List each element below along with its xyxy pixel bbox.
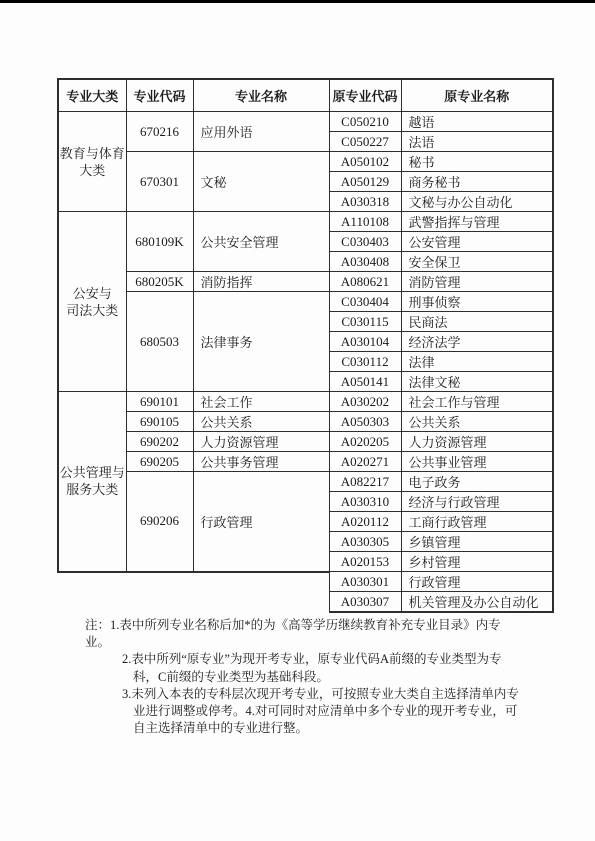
category-cell: 公共管理与 服务大类: [58, 392, 126, 572]
table-row: A030301行政管理: [58, 572, 553, 592]
table-row: 公安与 司法大类680109K公共安全管理A110108武警指挥与管理: [58, 212, 553, 232]
column-header-4: 原专业名称: [401, 79, 553, 112]
major-name-cell: 行政管理: [193, 472, 329, 572]
major-name-cell: 人力资源管理: [193, 432, 329, 452]
original-code-cell: A020205: [329, 432, 401, 452]
original-code-cell: C050210: [329, 112, 401, 132]
notes: 注：1.表中所列专业名称后加*的为《高等学历继续教育补充专业目录》内专业。2.表…: [85, 617, 530, 737]
major-code-cell: 690205: [126, 452, 193, 472]
table-row: 670301文秘A050102秘书: [58, 152, 553, 172]
original-name-cell: 乡镇管理: [401, 532, 553, 552]
note-line: 2.表中所列“原专业”为现开考专业，原专业代码A前缀的专业类型为专: [122, 651, 530, 668]
column-header-2: 专业名称: [193, 79, 329, 112]
original-code-cell: A050303: [329, 412, 401, 432]
major-name-cell: 公共事务管理: [193, 452, 329, 472]
original-code-cell: A050102: [329, 152, 401, 172]
original-code-cell: A082217: [329, 472, 401, 492]
major-name-cell: 应用外语: [193, 112, 329, 152]
original-name-cell: 电子政务: [401, 472, 553, 492]
table-row: 680503法律事务C030404刑事侦察: [58, 292, 553, 312]
original-name-cell: 机关管理及办公自动化: [401, 592, 553, 613]
major-code-cell: 680109K: [126, 212, 193, 272]
major-name-cell: 公共关系: [193, 412, 329, 432]
original-name-cell: 消防管理: [401, 272, 553, 292]
original-code-cell: C030115: [329, 312, 401, 332]
ghost-cell: [58, 572, 329, 613]
original-code-cell: C030403: [329, 232, 401, 252]
note-line: 自主选择清单中的专业进行整。: [133, 720, 530, 737]
table-row: 专业大类专业代码专业名称原专业代码原专业名称: [58, 79, 553, 112]
original-name-cell: 法律文秘: [401, 372, 553, 392]
original-code-cell: A080621: [329, 272, 401, 292]
major-code-cell: 690105: [126, 412, 193, 432]
original-name-cell: 行政管理: [401, 572, 553, 592]
major-name-cell: 公共安全管理: [193, 212, 329, 272]
note-line: 业。: [85, 634, 530, 651]
original-code-cell: A030104: [329, 332, 401, 352]
original-name-cell: 经济与行政管理: [401, 492, 553, 512]
note-line: 注：1.表中所列专业名称后加*的为《高等学历继续教育补充专业目录》内专: [85, 617, 530, 634]
original-name-cell: 武警指挥与管理: [401, 212, 553, 232]
original-name-cell: 民商法: [401, 312, 553, 332]
original-name-cell: 法语: [401, 132, 553, 152]
original-code-cell: A030305: [329, 532, 401, 552]
original-name-cell: 文秘与办公自动化: [401, 192, 553, 212]
major-name-cell: 消防指挥: [193, 272, 329, 292]
major-name-cell: 法律事务: [193, 292, 329, 392]
major-code-cell: 680205K: [126, 272, 193, 292]
major-name-cell: 文秘: [193, 152, 329, 212]
original-name-cell: 法律: [401, 352, 553, 372]
original-name-cell: 人力资源管理: [401, 432, 553, 452]
column-header-0: 专业大类: [58, 79, 126, 112]
original-name-cell: 刑事侦察: [401, 292, 553, 312]
original-code-cell: A030301: [329, 572, 401, 592]
category-cell: 教育与体育 大类: [58, 112, 126, 212]
note-line: 科，C前缀的专业类型为基础科段。: [133, 669, 530, 686]
column-header-1: 专业代码: [126, 79, 193, 112]
major-name-cell: 社会工作: [193, 392, 329, 412]
original-name-cell: 社会工作与管理: [401, 392, 553, 412]
table-row: 680205K消防指挥A080621消防管理: [58, 272, 553, 292]
major-code-cell: 690101: [126, 392, 193, 412]
original-code-cell: C030404: [329, 292, 401, 312]
original-name-cell: 乡村管理: [401, 552, 553, 572]
original-name-cell: 安全保卫: [401, 252, 553, 272]
major-code-cell: 690202: [126, 432, 193, 452]
original-code-cell: C050227: [329, 132, 401, 152]
major-code-cell: 690206: [126, 472, 193, 572]
scan-edge-artifact: [0, 0, 595, 3]
original-name-cell: 公安管理: [401, 232, 553, 252]
major-code-cell: 670301: [126, 152, 193, 212]
table-header-row: 专业大类专业代码专业名称原专业代码原专业名称: [58, 79, 553, 112]
table-row: 690105公共关系A050303公共关系: [58, 412, 553, 432]
original-name-cell: 越语: [401, 112, 553, 132]
table-row: 690202人力资源管理A020205人力资源管理: [58, 432, 553, 452]
original-name-cell: 工商行政管理: [401, 512, 553, 532]
table-row: 690205公共事务管理A020271公共事业管理: [58, 452, 553, 472]
original-code-cell: A020153: [329, 552, 401, 572]
category-cell: 公安与 司法大类: [58, 212, 126, 392]
note-line: 业进行调整或停考。4.对可同时对应清单中多个专业的现开考专业，可: [133, 703, 530, 720]
column-header-3: 原专业代码: [329, 79, 401, 112]
original-code-cell: A030202: [329, 392, 401, 412]
scanned-document-page: 专业大类专业代码专业名称原专业代码原专业名称 教育与体育 大类670216应用外…: [0, 0, 595, 841]
original-name-cell: 公共事业管理: [401, 452, 553, 472]
major-adjustment-mapping-table: 专业大类专业代码专业名称原专业代码原专业名称 教育与体育 大类670216应用外…: [57, 78, 554, 613]
original-code-cell: A050141: [329, 372, 401, 392]
major-code-cell: 670216: [126, 112, 193, 152]
original-code-cell: A030408: [329, 252, 401, 272]
original-name-cell: 经济法学: [401, 332, 553, 352]
table-row: 690206行政管理A082217电子政务: [58, 472, 553, 492]
table-row: 公共管理与 服务大类690101社会工作A030202社会工作与管理: [58, 392, 553, 412]
table-row: 教育与体育 大类670216应用外语C050210越语: [58, 112, 553, 132]
original-code-cell: A020112: [329, 512, 401, 532]
original-code-cell: A110108: [329, 212, 401, 232]
major-code-cell: 680503: [126, 292, 193, 392]
original-name-cell: 商务秘书: [401, 172, 553, 192]
original-code-cell: A020271: [329, 452, 401, 472]
original-name-cell: 秘书: [401, 152, 553, 172]
original-name-cell: 公共关系: [401, 412, 553, 432]
original-code-cell: C030112: [329, 352, 401, 372]
table-body: 教育与体育 大类670216应用外语C050210越语C050227法语6703…: [58, 112, 553, 613]
note-line: 3.未列入本表的专科层次现开考专业，可按照专业大类自主选择清单内专: [122, 686, 530, 703]
original-code-cell: A030307: [329, 592, 401, 613]
original-code-cell: A050129: [329, 172, 401, 192]
original-code-cell: A030318: [329, 192, 401, 212]
original-code-cell: A030310: [329, 492, 401, 512]
